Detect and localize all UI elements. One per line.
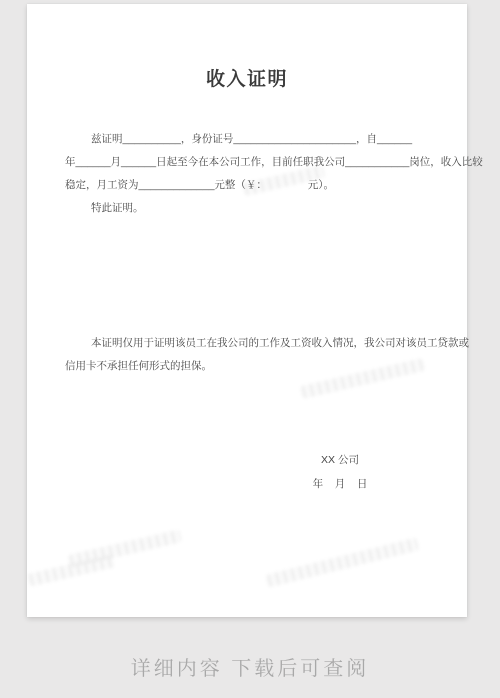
signature-date: 年 月 日 — [275, 472, 405, 496]
disclaimer-line-1: 本证明仅用于证明该员工在我公司的工作及工资收入情况，我公司对该员工贷款或 — [65, 332, 441, 355]
body-line-2: 年______月______日起至今在本公司工作，目前任职我公司________… — [65, 151, 441, 174]
document-title: 收入证明 — [27, 64, 467, 91]
signature-block: XX 公司 年 月 日 — [275, 448, 405, 496]
document-page: 收入证明 兹证明__________，身份证号_________________… — [27, 4, 467, 617]
signature-company: XX 公司 — [275, 448, 405, 472]
watermark — [266, 537, 420, 587]
preview-footer-caption: 详细内容 下载后可查阅 — [0, 652, 500, 681]
body-line-1: 兹证明__________，身份证号_____________________，… — [65, 128, 441, 151]
body-line-4: 特此证明。 — [65, 197, 441, 220]
preview-background: 收入证明 兹证明__________，身份证号_________________… — [0, 0, 500, 698]
certificate-body-paragraph: 兹证明__________，身份证号_____________________，… — [65, 128, 441, 220]
